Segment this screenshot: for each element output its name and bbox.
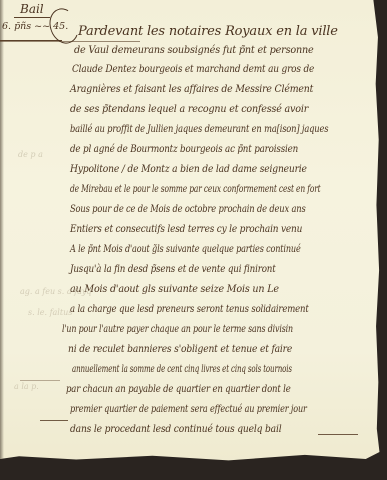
bleed-through-text: de p a (18, 150, 43, 159)
manuscript-line: A le p̃nt Mois d'aout g̃ls suivante quel… (70, 242, 301, 256)
manuscript-line: par chacun an payable de quartier en qua… (66, 382, 291, 396)
bleed-through-text: a la p. (14, 382, 39, 391)
document-heading: Pardevant les notaires Royaux en la vill… (78, 24, 338, 40)
manuscript-line: baillé au proffit de Jullien jaques deme… (70, 122, 328, 136)
manuscript-line: ni de reculet bannieres s'obligent et te… (68, 342, 292, 356)
manuscript-line: de Vaul demeurans soubsignés fut p̃nt et… (74, 43, 314, 57)
bleed-through-text: s. le. faltus (28, 308, 72, 317)
margin-title-underline (14, 17, 50, 18)
margin-title: Bail (20, 2, 44, 16)
manuscript-line: Jusqu'à la fin desd p̃sens et de vente q… (70, 262, 276, 276)
manuscript-page: Bail 6. p̄ñs ~~ 45. Pardevant les notair… (0, 0, 381, 466)
manuscript-line: Aragnières et faisant les affaires de Me… (70, 82, 313, 96)
document-scan: Bail 6. p̄ñs ~~ 45. Pardevant les notair… (0, 0, 387, 480)
line-filler-stroke (20, 380, 60, 381)
heading-underline (0, 41, 140, 42)
line-filler-stroke (40, 420, 68, 421)
manuscript-line: l'un pour l'autre payer chaque an pour l… (62, 322, 293, 336)
manuscript-line: Hypolitone / de Montz a bien de lad dame… (70, 162, 307, 176)
manuscript-line: Claude Dentez bourgeois et marchand demt… (72, 62, 314, 76)
manuscript-line: de pl agné de Bourmontz bourgeois ac p̃n… (70, 142, 298, 156)
manuscript-line: dans le procedant lesd continué tous que… (70, 422, 281, 436)
manuscript-line: Sous pour de ce de Mois de octobre proch… (70, 202, 306, 216)
manuscript-line: Entiers et consecutifs lesd terres cy le… (70, 222, 302, 236)
bleed-through-text: ag. a feu s. a fayq (20, 287, 92, 296)
manuscript-line: de ses p̃tendans lequel a recognu et con… (70, 102, 308, 116)
manuscript-line: au Mois d'aout gls suivante seize Mois u… (70, 282, 279, 296)
manuscript-line: premier quartier de paiement sera effect… (70, 402, 307, 416)
manuscript-line: de Mirebau et le pour le somme par ceux … (70, 182, 321, 196)
manuscript-line: annuellement la somme de cent cinq livre… (72, 362, 292, 376)
manuscript-line: a la charge que lesd preneurs seront ten… (70, 302, 309, 316)
line-filler-stroke (318, 434, 358, 435)
